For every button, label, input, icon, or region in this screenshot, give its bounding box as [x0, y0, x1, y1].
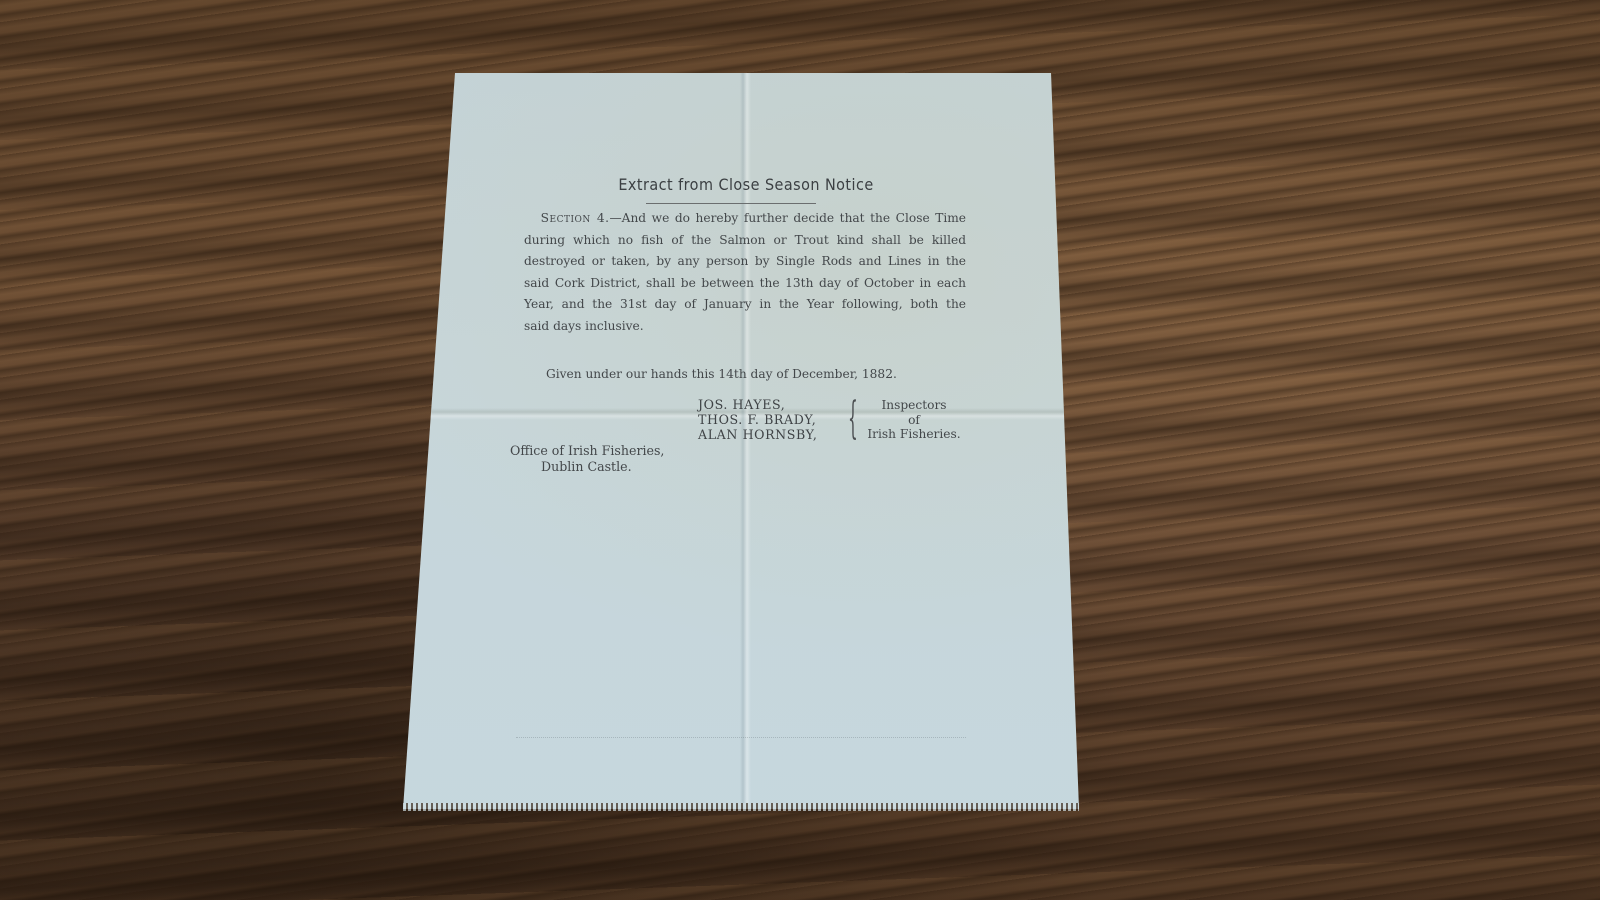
- paragraph-line: destroyed or taken, by any person by Sin…: [524, 251, 966, 273]
- curly-brace-icon: {: [848, 397, 858, 441]
- paragraph-line: during which no fish of the Salmon or Tr…: [524, 230, 966, 252]
- section-label: Section 4.: [541, 211, 610, 225]
- signatories: JOS. HAYES, THOS. F. BRADY, ALAN HORNSBY…: [698, 397, 818, 442]
- signatory: THOS. F. BRADY,: [698, 412, 818, 427]
- paragraph-line: Section 4.—And we do hereby further deci…: [524, 208, 966, 230]
- faded-show-through-text: [516, 737, 966, 752]
- section-4-paragraph: Section 4.—And we do hereby further deci…: [524, 208, 966, 337]
- document-title: Extract from Close Season Notice: [611, 175, 881, 194]
- paragraph-line: Year, and the 31st day of January in the…: [524, 294, 966, 316]
- signatory: ALAN HORNSBY,: [698, 427, 818, 442]
- office-address: Office of Irish Fisheries, Dublin Castle…: [510, 443, 664, 474]
- given-date-line: Given under our hands this 14th day of D…: [546, 367, 897, 381]
- signatory: JOS. HAYES,: [698, 397, 818, 412]
- paragraph-line: said days inclusive.: [524, 316, 966, 338]
- signatory-role: Inspectors of Irish Fisheries.: [864, 398, 964, 442]
- paragraph-line: said Cork District, shall be between the…: [524, 273, 966, 295]
- title-underline: [646, 203, 816, 204]
- close-season-notice: Extract from Close Season Notice Section…: [0, 0, 1600, 900]
